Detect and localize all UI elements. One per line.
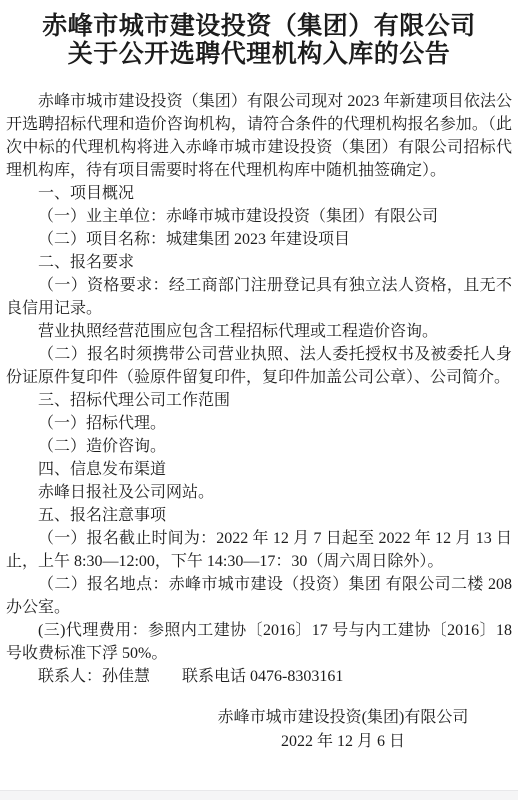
section-heading-3: 三、招标代理公司工作范围 — [6, 389, 512, 412]
paragraph-qualification: （一）资格要求：经工商部门注册登记具有独立法人资格，且无不良信用记录。 — [6, 274, 512, 320]
section-heading-1: 一、项目概况 — [6, 182, 512, 205]
paragraph-deadline: （一）报名截止时间为：2022 年 12 月 7 日起至 2022 年 12 月… — [6, 527, 512, 573]
paragraph-project-name: （二）项目名称：城建集团 2023 年建设项目 — [6, 228, 512, 251]
section-heading-2: 二、报名要求 — [6, 251, 512, 274]
document-body: 赤峰市城市建设投资（集团）有限公司现对 2023 年新建项目依法公开选聘招标代理… — [6, 90, 512, 688]
document-title-line-1: 赤峰市城市建设投资（集团）有限公司 — [6, 13, 512, 41]
paragraph-agency-fee: (三)代理费用：参照内工建协〔2016〕17 号与内工建协〔2016〕18 号收… — [6, 619, 512, 665]
bottom-edge-strip — [0, 790, 518, 800]
announcement-document: 赤峰市城市建设投资（集团）有限公司 关于公开选聘代理机构入库的公告 赤峰市城市建… — [0, 0, 518, 754]
paragraph-business-license: 营业执照经营范围应包含工程招标代理或工程造价咨询。 — [6, 320, 512, 343]
paragraph-location: （二）报名地点：赤峰市城市建设（投资）集团 有限公司二楼 208 办公室。 — [6, 573, 512, 619]
paragraph-registration-materials: （二）报名时须携带公司营业执照、法人委托授权书及被委托人身份证原件复印件（验原件… — [6, 343, 512, 389]
paragraph-scope-agency: （一）招标代理。 — [6, 412, 512, 435]
signature-date: 2022 年 12 月 6 日 — [178, 730, 508, 754]
paragraph-intro: 赤峰市城市建设投资（集团）有限公司现对 2023 年新建项目依法公开选聘招标代理… — [6, 90, 512, 182]
document-page: { "page": { "background": "#ffffff", "te… — [0, 0, 518, 800]
paragraph-contact: 联系人：孙佳慧 联系电话 0476-8303161 — [6, 665, 512, 688]
section-heading-5: 五、报名注意事项 — [6, 504, 512, 527]
section-heading-4: 四、信息发布渠道 — [6, 458, 512, 481]
paragraph-publish-channel: 赤峰日报社及公司网站。 — [6, 481, 512, 504]
paragraph-scope-cost: （二）造价咨询。 — [6, 435, 512, 458]
signature-company: 赤峰市城市建设投资(集团)有限公司 — [178, 706, 508, 730]
document-title-line-2: 关于公开选聘代理机构入库的公告 — [6, 41, 512, 69]
signature-block: 赤峰市城市建设投资(集团)有限公司 2022 年 12 月 6 日 — [178, 706, 508, 754]
document-title: 赤峰市城市建设投资（集团）有限公司 关于公开选聘代理机构入库的公告 — [6, 13, 512, 69]
paragraph-owner-unit: （一）业主单位：赤峰市城市建设投资（集团）有限公司 — [6, 205, 512, 228]
